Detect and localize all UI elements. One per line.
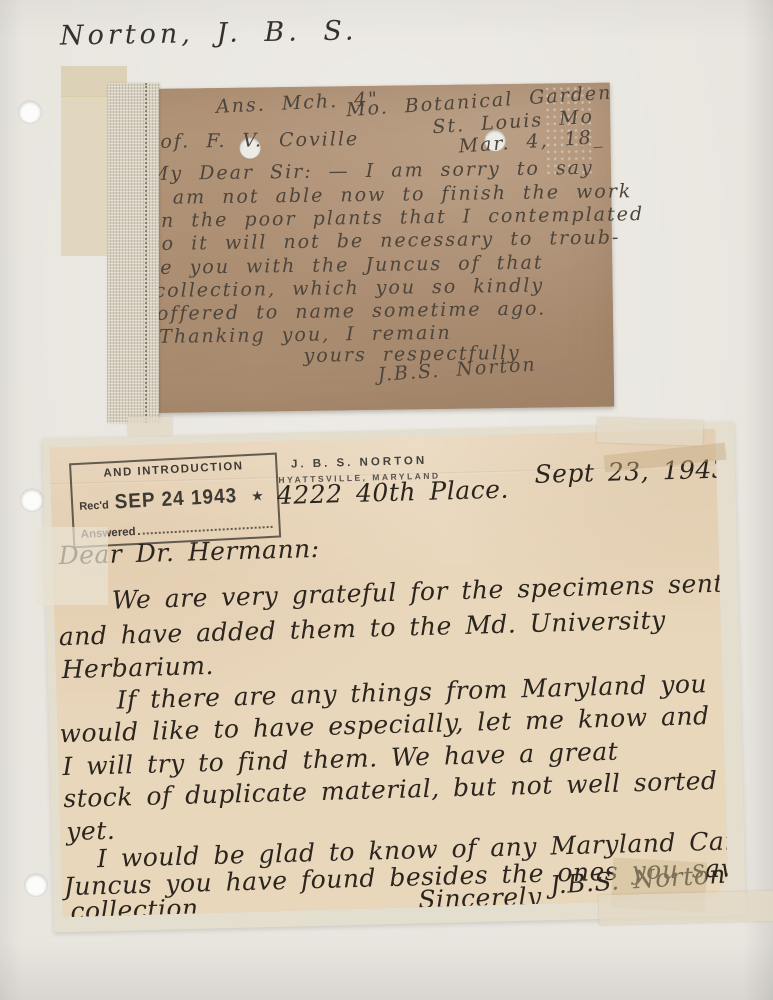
- letter-line: Herbarium.: [61, 651, 214, 684]
- tape-piece: [61, 96, 108, 256]
- stamp-received-label: Rec'd: [79, 499, 109, 513]
- postcard-recipient: Prof. F. V. Coville: [134, 128, 359, 153]
- letter: AND INTRODUCTION Rec'd SEP 24 1943 ★ Ans…: [50, 429, 729, 917]
- album-page: { "page": { "heading": "Norton, J. B. S.…: [0, 0, 773, 1000]
- tape-piece: [597, 417, 704, 446]
- punch-hole: [25, 874, 47, 896]
- stamp-title: AND INTRODUCTION: [77, 459, 269, 481]
- tape-piece: [128, 417, 172, 435]
- punch-hole: [19, 101, 41, 123]
- cloth-hinge-tape: [107, 83, 159, 423]
- star-icon: ★: [251, 487, 264, 505]
- stamp-received-date: SEP 24 1943: [114, 485, 238, 515]
- tape-piece: [599, 891, 773, 926]
- dotted-leader: [138, 525, 273, 535]
- postcard: Ans. Mch. 4" Mo. Botanical Garden St. Lo…: [116, 83, 614, 414]
- tape-piece: [36, 527, 108, 605]
- letter-line: yet.: [66, 816, 116, 846]
- postcard-line: offered to name sometime ago.: [157, 297, 547, 324]
- letterhead-name: J. B. S. NORTON: [264, 454, 454, 471]
- punch-hole: [21, 489, 43, 511]
- page-heading: Norton, J. B. S.: [60, 15, 358, 51]
- stitch-line: [145, 83, 147, 423]
- letter-street-address: 4222 40th Place.: [277, 475, 510, 510]
